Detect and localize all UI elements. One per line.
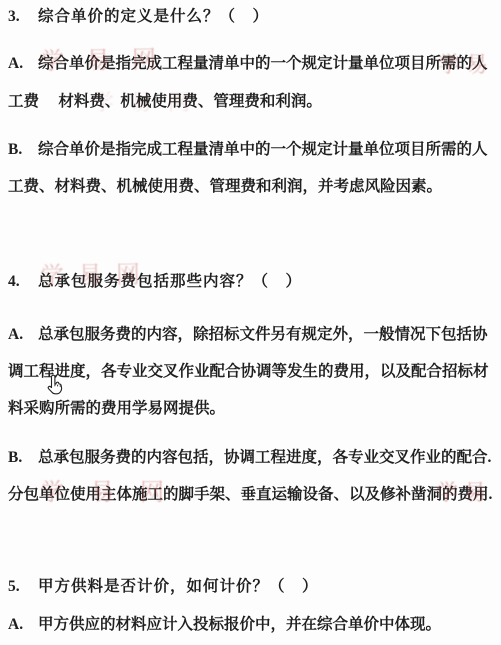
hand-cursor-icon <box>46 374 66 396</box>
q4-option-a-text: 总承包服务费的内容，除招标文件另有规定外，一般情况下包括协 <box>38 326 488 343</box>
q3-option-b-text: 综合单价是指完成工程量清单中的一个规定计量单位项目所需的人 <box>38 141 488 158</box>
q3-option-b-text: 工费、材料费、机械使用费、管理费和利润，并考虑风险因素。 <box>8 178 442 195</box>
q5-option-a-label: A. <box>8 614 38 636</box>
question-3-number: 3. <box>8 6 38 28</box>
q4-option-a-text: 调工程进度，各专业交叉作业配合协调等发生的费用，以及配合招标材 <box>8 363 489 380</box>
q4-option-a-line-1: A.总承包服务费的内容，除招标文件另有规定外，一般情况下包括协 <box>8 324 488 346</box>
q4-option-a-text: 料采购所需的费用学易网提供。 <box>8 400 225 417</box>
question-4-number: 4. <box>8 271 38 293</box>
scanned-exam-document: 3.综合单价的定义是什么？（ ） A.综合单价是指完成工程量清单中的一个规定计量… <box>0 0 501 645</box>
question-3-title: 综合单价的定义是什么？（ ） <box>38 8 269 25</box>
q3-option-a-line-1: A.综合单价是指完成工程量清单中的一个规定计量单位项目所需的人 <box>8 53 488 75</box>
q3-option-a-line-2: 工费 材料费、机械使用费、管理费和利润。 <box>8 91 322 113</box>
q4-option-a-label: A. <box>8 324 38 346</box>
question-5-title-row: 5.甲方供料是否计价，如何计价？（ ） <box>8 576 319 598</box>
q4-option-b-line-1: B.总承包服务费的内容包括，协调工程进度，各专业交叉作业的配合. <box>8 447 491 469</box>
question-5-title: 甲方供料是否计价，如何计价？（ ） <box>38 578 319 595</box>
q3-option-b-line-2: 工费、材料费、机械使用费、管理费和利润，并考虑风险因素。 <box>8 176 442 198</box>
question-5-number: 5. <box>8 576 38 598</box>
question-4-title-row: 4.总承包服务费包括那些内容？（ ） <box>8 271 302 293</box>
q3-option-a-text: 综合单价是指完成工程量清单中的一个规定计量单位项目所需的人 <box>38 55 488 72</box>
q4-option-b-label: B. <box>8 447 38 469</box>
q4-option-b-line-2: 分包单位使用主体施工的脚手架、垂直运输设备、以及修补凿洞的费用. <box>8 484 492 506</box>
q3-option-b-label: B. <box>8 139 38 161</box>
q4-option-b-text: 总承包服务费的内容包括，协调工程进度，各专业交叉作业的配合. <box>38 449 491 466</box>
q3-option-a-text: 工费 材料费、机械使用费、管理费和利润。 <box>8 93 322 110</box>
q5-option-a-text: 甲方供应的材料应计入投标报价中，并在综合单价中体现。 <box>38 616 441 633</box>
q3-option-a-label: A. <box>8 53 38 75</box>
q4-option-b-text: 分包单位使用主体施工的脚手架、垂直运输设备、以及修补凿洞的费用. <box>8 486 492 503</box>
q5-option-a-line-1: A.甲方供应的材料应计入投标报价中，并在综合单价中体现。 <box>8 614 441 636</box>
question-3-title-row: 3.综合单价的定义是什么？（ ） <box>8 6 269 28</box>
question-4-title: 总承包服务费包括那些内容？（ ） <box>38 273 302 290</box>
q4-option-a-line-3: 料采购所需的费用学易网提供。 <box>8 398 225 420</box>
q3-option-b-line-1: B.综合单价是指完成工程量清单中的一个规定计量单位项目所需的人 <box>8 139 488 161</box>
q4-option-a-line-2: 调工程进度，各专业交叉作业配合协调等发生的费用，以及配合招标材 <box>8 361 489 383</box>
